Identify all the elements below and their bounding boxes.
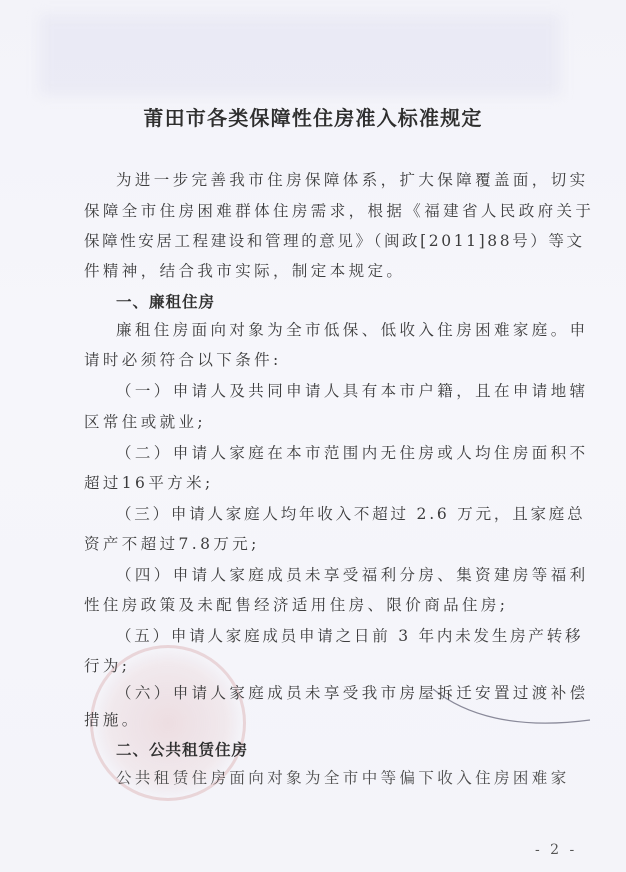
section1-line: 超过16平方米; xyxy=(84,473,214,493)
intro-line-4: 件精神，结合我市实际，制定本规定。 xyxy=(84,261,405,281)
section1-line: 行为; xyxy=(84,656,130,676)
section1-line: 请时必须符合以下条件: xyxy=(84,350,282,370)
intro-line-1: 为进一步完善我市住房保障体系，扩大保障覆盖面，切实 xyxy=(116,170,589,190)
section1-line: （四）申请人家庭成员未享受福利分房、集资建房等福利 xyxy=(116,565,589,585)
section1-line: （二）申请人家庭在本市范围内无住房或人均住房面积不 xyxy=(116,443,589,463)
section1-line: （五）申请人家庭成员申请之日前 3 年内未发生房产转移 xyxy=(116,626,583,646)
section2-line: 公共租赁住房面向对象为全市中等偏下收入住房困难家 xyxy=(116,768,570,788)
section1-heading: 一、廉租住房 xyxy=(116,290,215,312)
section1-line: （三）申请人家庭人均年收入不超过 2.6 万元，且家庭总 xyxy=(116,504,585,524)
section1-line: 措施。 xyxy=(84,710,141,730)
section1-line: （一）申请人及共同申请人具有本市户籍，且在申请地辖 xyxy=(116,381,589,401)
section1-line: 性住房政策及未配售经济适用住房、限价商品住房; xyxy=(84,595,508,615)
section2-heading: 二、公共租赁住房 xyxy=(116,738,248,760)
intro-line-2: 保障全市住房困难群体住房需求，根据《福建省人民政府关于 xyxy=(84,201,594,221)
page-number: - 2 - xyxy=(535,842,577,858)
intro-line-3: 保障性安居工程建设和管理的意见》（闽政[2011]88号）等文 xyxy=(84,231,585,251)
document-page: 莆田市各类保障性住房准入标准规定 为进一步完善我市住房保障体系，扩大保障覆盖面，… xyxy=(0,0,626,872)
section1-line: 资产不超过7.8万元; xyxy=(84,534,260,554)
document-title: 莆田市各类保障性住房准入标准规定 xyxy=(0,102,626,131)
scan-background-smudge xyxy=(40,15,560,95)
section1-line: 廉租住房面向对象为全市低保、低收入住房困难家庭。申 xyxy=(116,320,589,340)
section1-line: 区常住或就业; xyxy=(84,412,206,432)
section1-line: （六）申请人家庭成员未享受我市房屋拆迁安置过渡补偿 xyxy=(116,683,589,703)
